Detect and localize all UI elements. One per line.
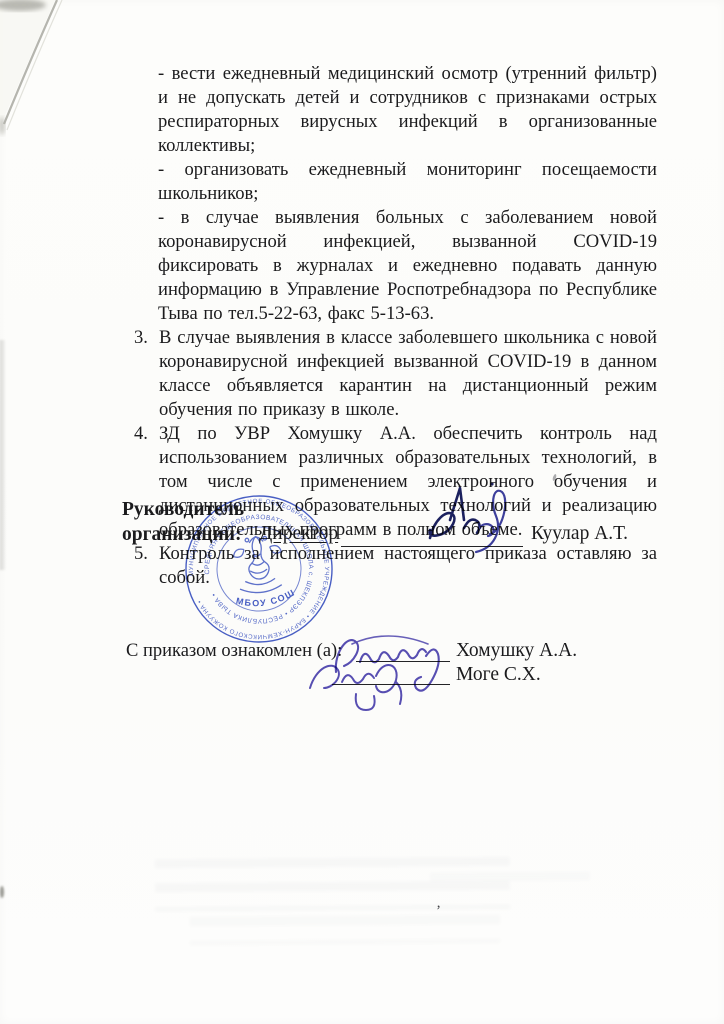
bullet-item: - вести ежедневный медицинский осмотр (у… [133,62,657,158]
bullet-item: - в случае выявления больных с заболеван… [133,206,657,326]
bleedthrough-mark [430,871,590,894]
numbered-item: 3. В случае выявления в классе заболевше… [133,326,657,422]
scan-edge-mark [0,886,4,898]
ack-name-1: Хомушку А.А. [456,640,577,662]
document-page: - вести ежедневный медицинский осмотр (у… [0,0,724,1024]
item-number: 3. [133,326,159,422]
scan-edge-shadow [0,340,6,570]
stamp-emblem [232,534,286,595]
school-stamp: МУНИЦИПАЛЬНОЕ БЮДЖЕТНОЕ ОБЩЕОБРАЗОВАТЕЛЬ… [172,482,346,656]
item-text: В случае выявления в классе заболевшего … [159,326,657,422]
ack-name-2: Моге С.Х. [456,664,541,686]
stray-ink-mark: ’ [436,903,441,920]
bleedthrough-mark [190,915,500,945]
fold-edge-shadow [0,117,5,135]
ack-signature-2 [302,648,432,716]
item-number: 5. [133,542,159,590]
fold-flap [0,0,55,128]
stamp-outer-ring [179,489,339,649]
director-signature [416,476,548,564]
bullet-item: - организовать ежедневный мониторинг пос… [133,158,657,206]
